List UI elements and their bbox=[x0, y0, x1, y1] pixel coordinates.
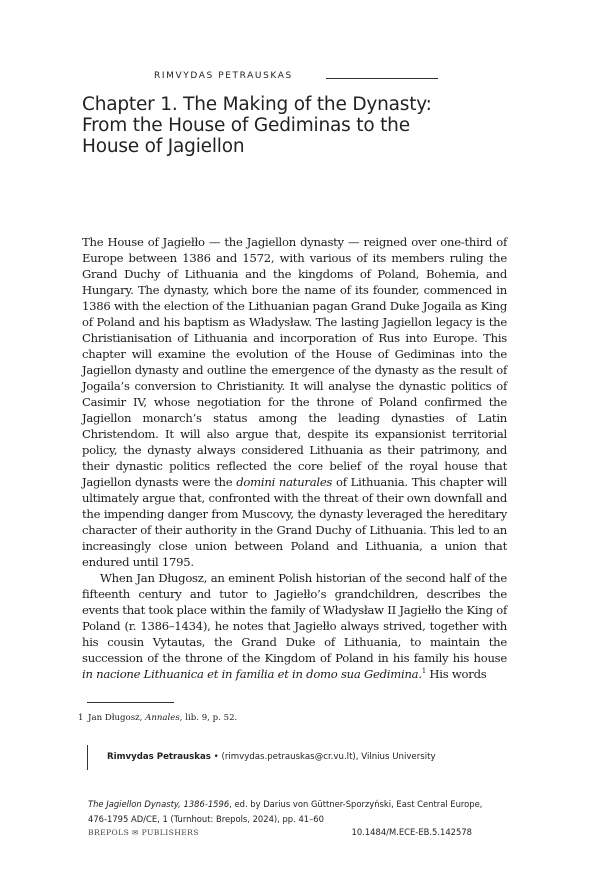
footnote-1: 1Jan Długosz, Annales, lib. 9, p. 52. bbox=[78, 712, 508, 724]
publisher-logo: BREPOLS ✉ PUBLISHERS bbox=[88, 828, 199, 837]
body-text: The House of Jagiełło — the Jagiellon dy… bbox=[82, 234, 507, 682]
author-info: Rimvydas Petrauskas • (rimvydas.petrausk… bbox=[107, 752, 436, 762]
paragraph-2-text-a: When Jan Długosz, an eminent Polish hist… bbox=[82, 571, 507, 665]
running-head-rule bbox=[326, 78, 438, 79]
footnote-rule bbox=[87, 702, 174, 703]
book-title: The Jagiellon Dynasty, 1386-1596 bbox=[88, 799, 229, 809]
paragraph-2: When Jan Długosz, an eminent Polish hist… bbox=[82, 570, 507, 682]
footnote-text-a: Jan Długosz, bbox=[88, 713, 145, 723]
running-head-author: RIMVYDAS PETRAUSKAS bbox=[154, 71, 293, 81]
citation-line-2: 476-1795 AD/CE, 1 (Turnhout: Brepols, 20… bbox=[88, 814, 324, 824]
paragraph-2-italic: in nacione Lithuanica et in familia et i… bbox=[82, 667, 422, 681]
author-separator: • bbox=[211, 752, 222, 762]
footnote-text-b: , lib. 9, p. 52. bbox=[180, 713, 238, 723]
citation-line-1: , ed. by Darius von Güttner-Sporzyński, … bbox=[229, 799, 482, 809]
paragraph-1-text-a: The House of Jagiełło — the Jagiellon dy… bbox=[82, 235, 507, 489]
doi-link[interactable]: 10.1484/M.ECE-EB.5.142578 bbox=[352, 827, 472, 837]
footnote-number: 1 bbox=[78, 712, 88, 724]
footnote-italic: Annales bbox=[145, 713, 180, 723]
author-info-bar bbox=[87, 745, 88, 770]
paragraph-2-text-b: His words bbox=[426, 667, 486, 681]
paragraph-1-text-b: of Lithuania. This chapter will ultimate… bbox=[82, 475, 507, 569]
chapter-title: Chapter 1. The Making of the Dynasty: Fr… bbox=[82, 94, 442, 157]
paragraph-1: The House of Jagiełło — the Jagiellon dy… bbox=[82, 234, 507, 570]
book-citation: The Jagiellon Dynasty, 1386-1596, ed. by… bbox=[88, 797, 508, 827]
paragraph-1-italic: domini naturales bbox=[236, 475, 332, 489]
author-name: Rimvydas Petrauskas bbox=[107, 752, 211, 762]
author-details: (rimvydas.petrauskas@cr.vu.lt), Vilnius … bbox=[221, 752, 435, 762]
